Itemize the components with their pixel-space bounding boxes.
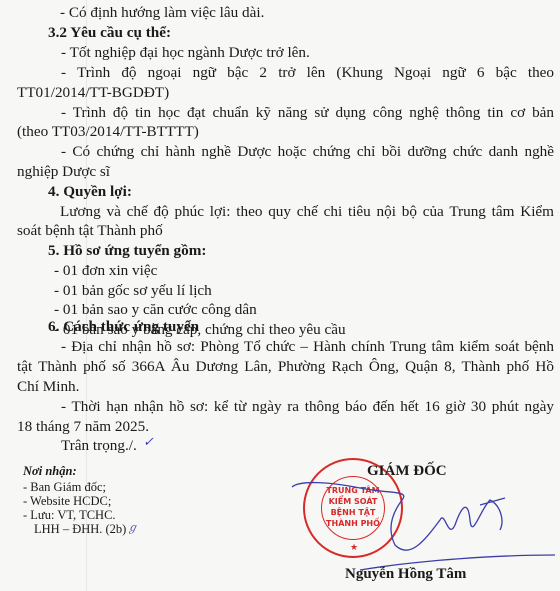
document-page: - Có định hướng làm việc lâu dài. 3.2 Yê… (0, 0, 560, 591)
signer-name: Nguyễn Hồng Tâm (345, 565, 466, 583)
signature-icon (0, 0, 560, 591)
